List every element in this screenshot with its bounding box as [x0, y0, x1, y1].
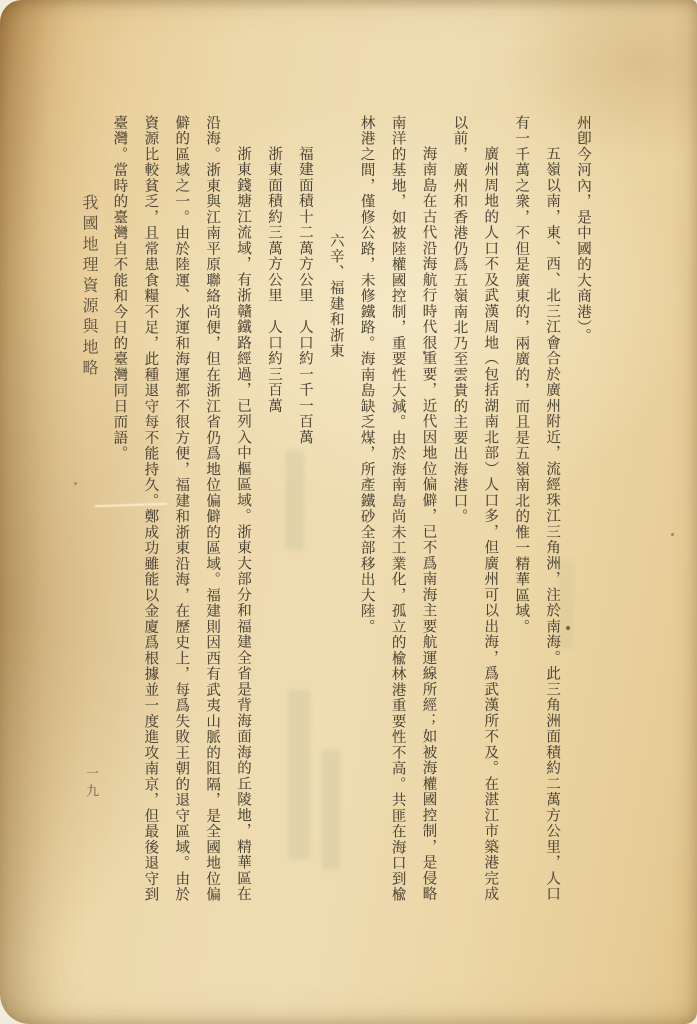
bleed-through-mark: [322, 750, 340, 870]
text-column: 臺灣。當時的臺灣自不能和今日的臺灣同日而語。: [104, 115, 135, 930]
text-column: 以前，廣州和香港仍爲五嶺南北乃至雲貴的主要出海港口。: [443, 115, 474, 930]
text-column: 沿海。浙東與江南平原聯絡尚便，但在浙江省仍爲地位偏僻的區域。福建則因西有武夷山脈…: [196, 115, 227, 930]
text-column: 林港之間，僅修公路，未修鐵路。海南島缺乏煤，所產鐵砂全部移出大陸。: [351, 115, 382, 930]
page-number: 一九: [81, 766, 100, 802]
book-title-sidebar: 我國地理資源與地略: [78, 194, 101, 379]
paper-background: 州卽今河內，是中國的大商港）。 五嶺以南，東、西、北三江會合於廣州附近，流經珠江…: [0, 0, 697, 1024]
bleed-through-mark: [286, 450, 304, 550]
text-column: 廣州周地的人口不及武漢周地（包括湖南北部）人口多，但廣州可以出海，爲武漢所不及。…: [474, 115, 505, 930]
text-column: 州卽今河內，是中國的大商港）。: [567, 115, 598, 930]
page-text-block: 州卽今河內，是中國的大商港）。 五嶺以南，東、西、北三江會合於廣州附近，流經珠江…: [104, 115, 598, 930]
bleed-through-mark: [288, 690, 310, 860]
bleed-through-mark: [558, 560, 574, 650]
text-column: 資源比較貧乏，且常患食糧不足，此種退守每不能持久。鄭成功雖能以金廈爲根據並一度進…: [134, 115, 165, 930]
text-column: 浙東面積約三萬方公里 人口約三百萬: [258, 115, 289, 930]
text-column: 南洋的基地，如被陸權國控制，重要性大減。由於海南島尚未工業化，孤立的楡林港重要性…: [382, 115, 413, 930]
text-column: 浙東錢塘江流域，有浙贛鐵路經過，已列入中樞區域。浙東大部分和福建全省是背海面海的…: [227, 115, 258, 930]
scanned-book-page: 州卽今河內，是中國的大商港）。 五嶺以南，東、西、北三江會合於廣州附近，流經珠江…: [0, 0, 697, 1024]
text-column: 五嶺以南，東、西、北三江會合於廣州附近，流經珠江三角洲，注於南海。此三角洲面積約…: [536, 115, 567, 930]
ink-speck: [74, 482, 77, 485]
ink-speck: [671, 533, 674, 536]
text-column: 海南島在古代沿海航行時代很重要，近代因地位偏僻，已不爲南海主要航運線所經；如被海…: [413, 115, 444, 930]
text-column: 僻的區域之一。由於陸運、水運和海運都不很方便，福建和浙東沿海，在歷史上，每爲失敗…: [165, 115, 196, 930]
text-column: 有一千萬之衆，不但是廣東的，兩廣的，而且是五嶺南北的惟一精華區域。: [505, 115, 536, 930]
ink-speck: [423, 351, 426, 354]
